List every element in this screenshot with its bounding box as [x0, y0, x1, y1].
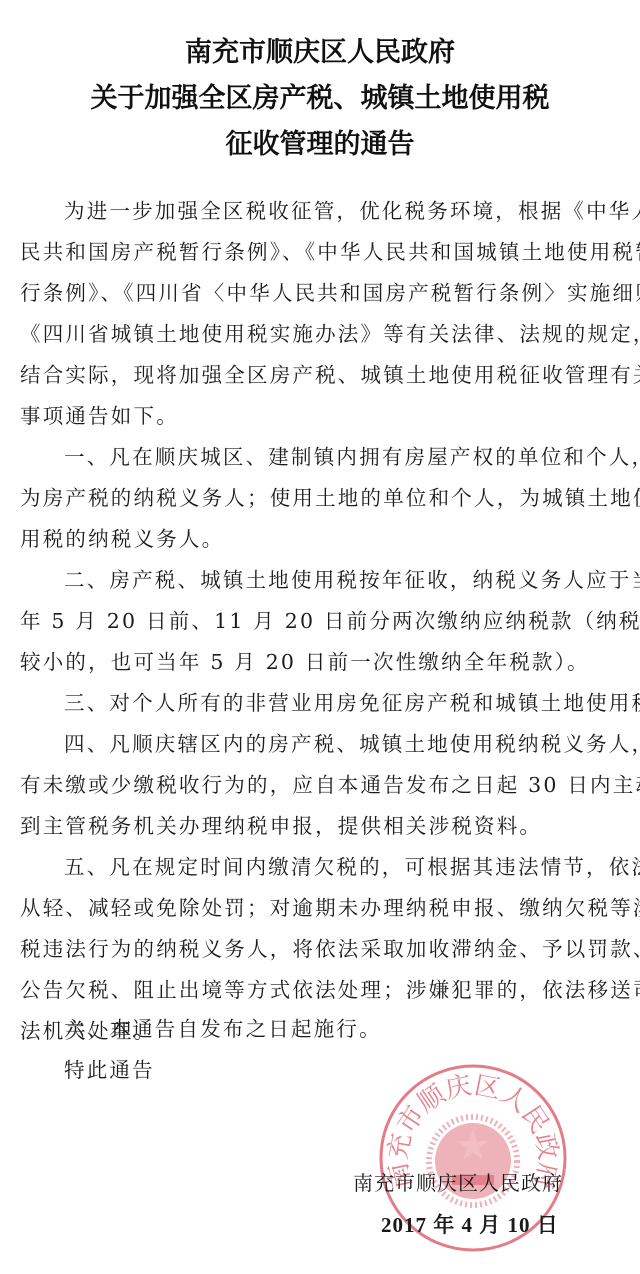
body-line: 特此通告 [64, 1053, 155, 1083]
body-line: 行条例》、《四川省〈中华人民共和国房产税暂行条例〉实施细则》、 [20, 276, 640, 306]
body-line: 事项通告如下。 [20, 399, 179, 429]
body-line: 税违法行为的纳税义务人，将依法采取加收滞纳金、予以罚款、 [20, 932, 640, 962]
body-line: 一、凡在顺庆城区、建制镇内拥有房屋产权的单位和个人， [64, 440, 640, 470]
body-line: 五、凡在规定时间内缴清欠税的，可根据其违法情节，依法 [64, 850, 640, 880]
title-line-3: 征收管理的通告 [0, 122, 640, 161]
body-line: 六、本通告自发布之日起施行。 [64, 1012, 382, 1042]
title-line-2: 关于加强全区房产税、城镇土地使用税 [0, 76, 640, 115]
body-line: 二、房产税、城镇土地使用税按年征收，纳税义务人应于当 [64, 563, 640, 593]
signature-issuer: 南充市顺庆区人民政府 [353, 1167, 563, 1196]
body-line: 为进一步加强全区税收征管，优化税务环境，根据《中华人 [64, 194, 640, 224]
body-line: 从轻、减轻或免除处罚；对逾期未办理纳税申报、缴纳欠税等涉 [20, 891, 640, 921]
signature-date: 2017 年 4 月 10 日 [381, 1209, 559, 1239]
body-line: 结合实际，现将加强全区房产税、城镇土地使用税征收管理有关 [20, 358, 640, 388]
body-line: 为房产税的纳税义务人；使用土地的单位和个人，为城镇土地使 [20, 481, 640, 511]
body-line: 到主管税务机关办理纳税申报，提供相关涉税资料。 [20, 809, 542, 839]
body-line: 较小的，也可当年 5 月 20 日前一次性缴纳全年税款）。 [20, 645, 590, 675]
body-line: 公告欠税、阻止出境等方式依法处理；涉嫌犯罪的，依法移送司 [20, 973, 640, 1003]
body-line: 用税的纳税义务人。 [20, 522, 224, 552]
body-line: 年 5 月 20 日前、11 月 20 日前分两次缴纳应纳税款（纳税数额 [20, 604, 640, 634]
body-line: 民共和国房产税暂行条例》、《中华人民共和国城镇土地使用税暂 [20, 235, 640, 265]
body-line: 四、凡顺庆辖区内的房产税、城镇土地使用税纳税义务人， [64, 727, 640, 757]
body-line: 《四川省城镇土地使用税实施办法》等有关法律、法规的规定， [20, 317, 640, 347]
body-line: 三、对个人所有的非营业用房免征房产税和城镇土地使用税。 [64, 686, 640, 716]
body-line: 有未缴或少缴税收行为的，应自本通告发布之日起 30 日内主动 [20, 768, 640, 798]
title-line-1: 南充市顺庆区人民政府 [0, 30, 640, 69]
